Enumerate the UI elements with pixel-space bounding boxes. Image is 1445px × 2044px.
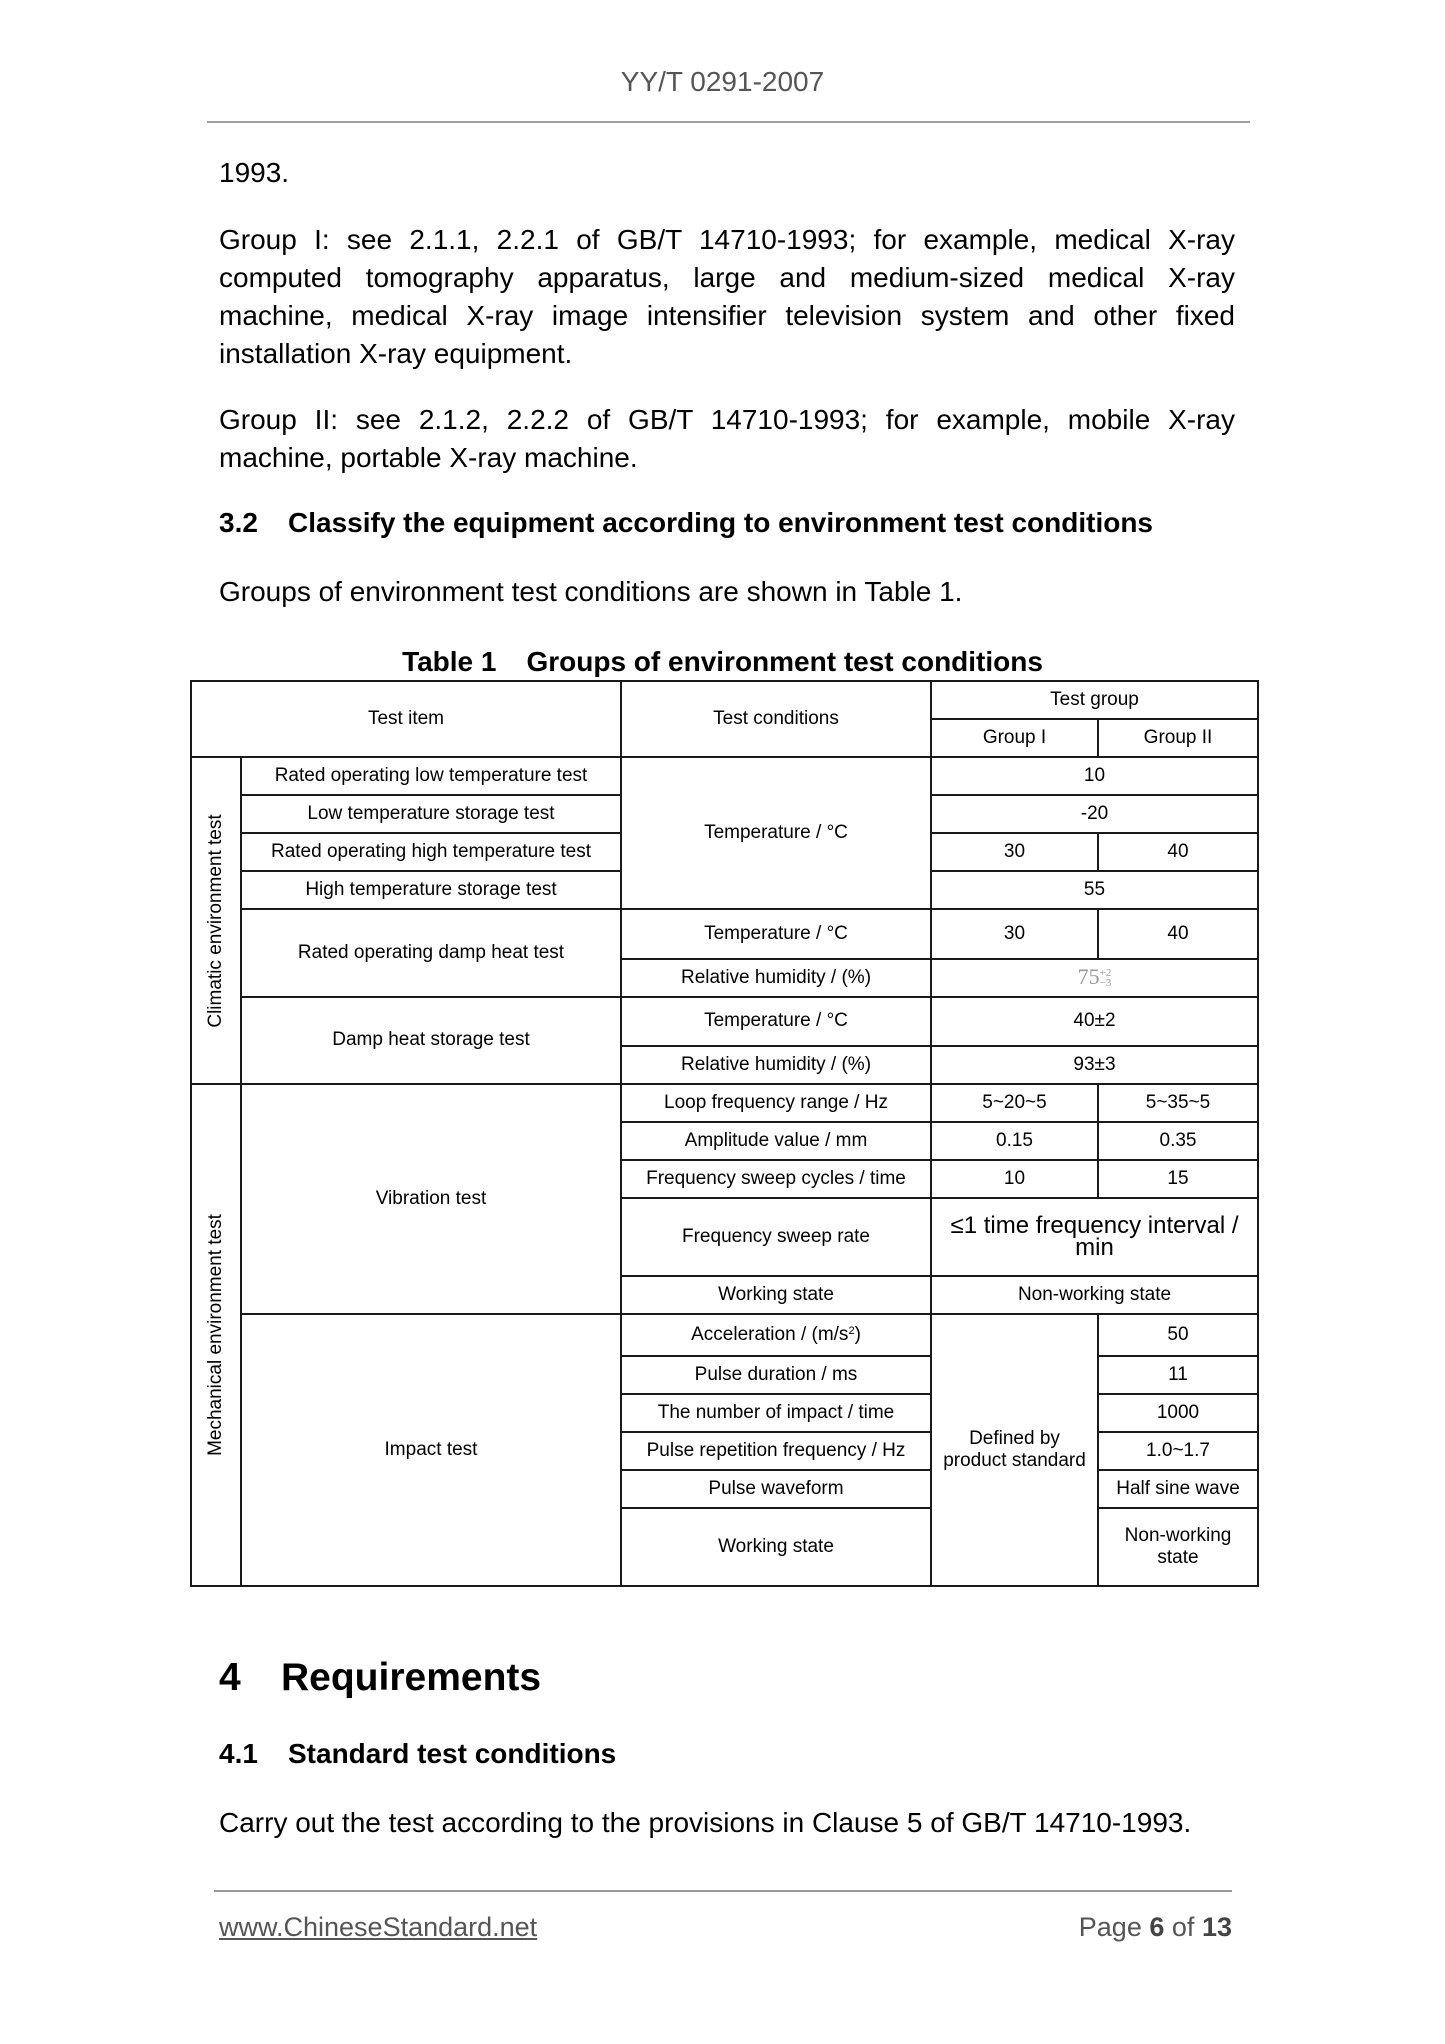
value-cell-group-2: 11 (1098, 1356, 1258, 1394)
page-number: Page 6 of 13 (1050, 1912, 1232, 1943)
test-condition-cell: Relative humidity / (%) (621, 959, 931, 997)
value-cell-group-2: 0.35 (1098, 1122, 1258, 1160)
test-condition-cell: Pulse repetition frequency / Hz (621, 1432, 931, 1470)
value-cell: Non-working state (931, 1276, 1258, 1314)
value-cell-group-2: 50 (1098, 1314, 1258, 1356)
value-cell-group-1: 10 (931, 1160, 1098, 1198)
group2-paragraph: Group II: see 2.1.2, 2.2.2 of GB/T 14710… (219, 401, 1235, 477)
value-cell: -20 (931, 795, 1258, 833)
test-condition-cell: Amplitude value / mm (621, 1122, 931, 1160)
section-3-2-text: Groups of environment test conditions ar… (219, 573, 1235, 611)
test-condition-cell: Temperature / °C (621, 909, 931, 959)
website-link[interactable]: www.ChineseStandard.net (219, 1912, 537, 1943)
value-cell-group-1: 30 (931, 909, 1098, 959)
value-cell-group-2: 1.0~1.7 (1098, 1432, 1258, 1470)
value-cell: 40±2 (931, 997, 1258, 1047)
value-cell-group-1: 0.15 (931, 1122, 1098, 1160)
section-4-1-text: Carry out the test according to the prov… (219, 1804, 1235, 1842)
section-number: 3.2 (219, 507, 288, 539)
header-group-1: Group I (931, 719, 1098, 757)
climatic-section-label: Climatic environment test (191, 757, 241, 1084)
section-3-2-heading: 3.2Classify the equipment according to e… (219, 507, 1153, 539)
value-cell: 75+2−3 (931, 959, 1258, 997)
header-divider (207, 121, 1250, 123)
footer-divider (214, 1890, 1232, 1892)
value-cell-group-2: 1000 (1098, 1394, 1258, 1432)
value-cell: 10 (931, 757, 1258, 795)
test-item-cell: Rated operating damp heat test (241, 909, 621, 997)
test-item-cell: Damp heat storage test (241, 997, 621, 1085)
test-condition-cell: Working state (621, 1276, 931, 1314)
test-condition-cell: Loop frequency range / Hz (621, 1084, 931, 1122)
value-cell-group-1: Defined by product standard (931, 1314, 1098, 1586)
test-condition-cell: Pulse duration / ms (621, 1356, 931, 1394)
value-cell-group-2: 5~35~5 (1098, 1084, 1258, 1122)
section-number: 4 (219, 1656, 281, 1700)
header-test-item: Test item (191, 681, 621, 757)
section-title: Standard test conditions (288, 1738, 616, 1769)
test-condition-cell: Pulse waveform (621, 1470, 931, 1508)
test-condition-cell: Working state (621, 1508, 931, 1586)
value-cell-group-2: Half sine wave (1098, 1470, 1258, 1508)
test-item-cell: Low temperature storage test (241, 795, 621, 833)
value-cell-group-1: 30 (931, 833, 1098, 871)
humidity-tolerance-value: 75+2−3 (1078, 964, 1112, 989)
test-condition-cell: Acceleration / (m/s2) (621, 1314, 931, 1356)
test-item-cell: Vibration test (241, 1084, 621, 1314)
test-condition-cell: Frequency sweep cycles / time (621, 1160, 931, 1198)
value-cell-group-2: 40 (1098, 909, 1258, 959)
test-condition-cell: Temperature / °C (621, 997, 931, 1047)
header-test-conditions: Test conditions (621, 681, 931, 757)
group1-paragraph: Group I: see 2.1.1, 2.2.1 of GB/T 14710-… (219, 221, 1235, 373)
table-caption: Table 1Groups of environment test condit… (0, 646, 1445, 678)
test-condition-cell: Relative humidity / (%) (621, 1046, 931, 1084)
value-cell: ≤1 time frequency interval / min (931, 1198, 1258, 1276)
value-cell-group-2: 15 (1098, 1160, 1258, 1198)
table-title: Groups of environment test conditions (526, 646, 1042, 677)
test-item-cell: Impact test (241, 1314, 621, 1586)
test-item-cell: Rated operating low temperature test (241, 757, 621, 795)
test-condition-cell: Temperature / °C (621, 757, 931, 909)
test-item-cell: High temperature storage test (241, 871, 621, 909)
section-number: 4.1 (219, 1738, 288, 1770)
test-item-cell: Rated operating high temperature test (241, 833, 621, 871)
header-group-2: Group II (1098, 719, 1258, 757)
header-test-group: Test group (931, 681, 1258, 719)
table-number: Table 1 (402, 646, 496, 677)
environment-test-table: Test item Test conditions Test group Gro… (190, 680, 1259, 1587)
document-header-id: YY/T 0291-2007 (0, 66, 1445, 98)
continuation-text: 1993. (219, 154, 1235, 192)
value-cell: 93±3 (931, 1046, 1258, 1084)
section-title: Requirements (281, 1656, 541, 1699)
section-4-1-heading: 4.1Standard test conditions (219, 1738, 616, 1770)
mechanical-section-label: Mechanical environment test (191, 1084, 241, 1586)
value-cell: 55 (931, 871, 1258, 909)
test-condition-cell: Frequency sweep rate (621, 1198, 931, 1276)
test-condition-cell: The number of impact / time (621, 1394, 931, 1432)
value-cell-group-2: 40 (1098, 833, 1258, 871)
section-4-heading: 4Requirements (219, 1656, 541, 1700)
value-cell-group-1: 5~20~5 (931, 1084, 1098, 1122)
section-title: Classify the equipment according to envi… (288, 507, 1153, 538)
value-cell-group-2: Non-working state (1098, 1508, 1258, 1586)
